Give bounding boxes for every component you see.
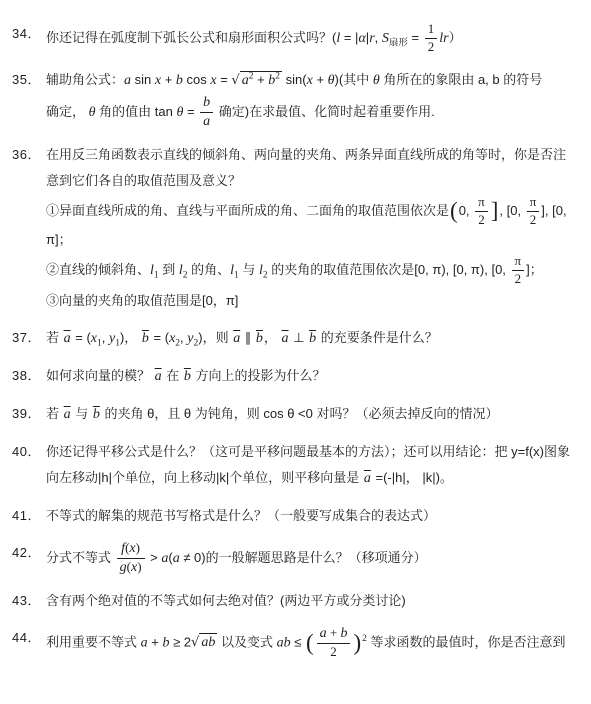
- item-body: 你还记得在弧度制下弧长公式和扇形面积公式吗？(l = |α|r, S扇形 = 1…: [46, 22, 583, 55]
- math-variable: ab: [277, 635, 291, 650]
- item-line: 辅助角公式：a sin x + b cos x = √a2 + b2 sin(x…: [46, 68, 583, 93]
- text-run: +: [148, 634, 163, 649]
- item-number: 36．: [12, 143, 46, 167]
- text-run: 角所在的象限由 a, b 的符号: [380, 72, 543, 87]
- item-line: ②直线的倾斜角、l1 到 l2 的角、l1 与 l2 的夹角的取值范围依次是[0…: [46, 254, 583, 287]
- math-variable: a: [173, 551, 180, 566]
- item-number: 42．: [12, 541, 46, 565]
- vector-variable: a: [63, 407, 72, 422]
- text-run: ): [136, 540, 140, 555]
- item-number: 37．: [12, 326, 46, 350]
- text-run: 不等式的解集的规范书写格式是什么？（一般要写成集合的表达式）: [46, 508, 436, 523]
- math-item: 36．在用反三角函数表示直线的倾斜角、两向量的夹角、两条异面直线所成的角等时，你…: [12, 143, 583, 313]
- item-number: 40．: [12, 440, 46, 464]
- text-run: π: [530, 194, 537, 209]
- text-run: 等求函数的最值时，你是否注意到: [367, 634, 566, 649]
- text-run: = (: [72, 330, 91, 345]
- item-number: 44．: [12, 626, 46, 650]
- text-run: 利用重要不等式: [46, 634, 141, 649]
- math-item: 35．辅助角公式：a sin x + b cos x = √a2 + b2 si…: [12, 68, 583, 130]
- fraction-denominator: 2: [425, 39, 438, 55]
- radicand: a2 + b2: [240, 71, 282, 87]
- item-body: 辅助角公式：a sin x + b cos x = √a2 + b2 sin(x…: [46, 68, 583, 130]
- fraction: ba: [200, 95, 213, 130]
- big-delimiter: ]: [491, 201, 499, 222]
- math-item: 37．若 a = (x1, y1)， b = (x2, y2)，则 a ∥ b，…: [12, 326, 583, 351]
- item-line: 在用反三角函数表示直线的倾斜角、两向量的夹角、两条异面直线所成的角等时，你是否注: [46, 143, 583, 167]
- item-line: 若 a = (x1, y1)， b = (x2, y2)，则 a ∥ b， a …: [46, 326, 583, 351]
- text-run: 方向上的投影为什么？: [192, 368, 326, 383]
- item-body: 如何求向量的模？ a 在 b 方向上的投影为什么？: [46, 364, 583, 389]
- fraction-denominator: 2: [317, 644, 351, 660]
- item-line: 如何求向量的模？ a 在 b 方向上的投影为什么？: [46, 364, 583, 389]
- fraction-denominator: 2: [512, 271, 525, 287]
- vector-variable: b: [92, 407, 101, 422]
- text-run: 的夹角的取值范围依次是[0, π), [0, π), [0,: [268, 262, 510, 277]
- text-run: 若: [46, 406, 63, 421]
- item-body: 若 a = (x1, y1)， b = (x2, y2)，则 a ∥ b， a …: [46, 326, 583, 351]
- math-variable: a: [242, 73, 249, 88]
- text-run: 0,: [459, 203, 473, 218]
- text-run: 分式不等式: [46, 550, 115, 565]
- big-delimiter: ): [353, 633, 361, 654]
- subscript: 扇形: [389, 38, 408, 48]
- math-variable: a: [320, 626, 327, 641]
- text-run: 你还记得平移公式是什么？（这可是平移问题最基本的方法）；还可以用结论：把 y=f…: [46, 444, 570, 459]
- math-items-list: 34．你还记得在弧度制下弧长公式和扇形面积公式吗？(l = |α|r, S扇形 …: [12, 22, 583, 660]
- superscript: 2: [275, 72, 280, 82]
- text-run: ∥: [241, 330, 255, 345]
- text-run: =: [408, 30, 423, 45]
- item-number: 39．: [12, 402, 46, 426]
- text-run: , [0,: [499, 203, 524, 218]
- text-run: = |: [340, 30, 358, 45]
- fraction-numerator: π: [475, 195, 488, 212]
- item-line: 利用重要不等式 a + b ≥ 2√ab 以及变式 ab ≤ (a + b2)2…: [46, 626, 583, 660]
- text-run: ,: [102, 330, 109, 345]
- text-run: 你还记得在弧度制下弧长公式和扇形面积公式吗？(: [46, 30, 336, 45]
- text-run: 在: [163, 368, 183, 383]
- item-number: 43．: [12, 589, 46, 613]
- math-item: 43．含有两个绝对值的不等式如何去绝对值？(两边平方或分类讨论): [12, 589, 583, 613]
- item-line: 不等式的解集的规范书写格式是什么？（一般要写成集合的表达式）: [46, 504, 583, 528]
- item-line: 你还记得在弧度制下弧长公式和扇形面积公式吗？(l = |α|r, S扇形 = 1…: [46, 22, 583, 55]
- math-variable: a: [124, 73, 131, 88]
- vector-variable: b: [255, 331, 264, 346]
- math-variable: g: [120, 560, 127, 575]
- vector-variable: b: [183, 369, 192, 384]
- math-item: 42．分式不等式 f(x)g(x) > a(a ≠ 0)的一般解题思路是什么？（…: [12, 541, 583, 576]
- text-run: 确定)在求最值、化简时起着重要作用.: [215, 104, 435, 119]
- text-run: ≥ 2: [169, 634, 191, 649]
- math-variable: α: [358, 31, 365, 46]
- text-run: 到: [159, 262, 179, 277]
- item-body: 在用反三角函数表示直线的倾斜角、两向量的夹角、两条异面直线所成的角等时，你是否注…: [46, 143, 583, 313]
- item-body: 利用重要不等式 a + b ≥ 2√ab 以及变式 ab ≤ (a + b2)2…: [46, 626, 583, 660]
- text-run: 确定，: [46, 104, 89, 119]
- text-run: >: [147, 550, 162, 565]
- item-line: 分式不等式 f(x)g(x) > a(a ≠ 0)的一般解题思路是什么？（移项通…: [46, 541, 583, 576]
- math-variable: a: [141, 635, 148, 650]
- text-run: π: [478, 194, 485, 209]
- item-line: ①异面直线所成的角、直线与平面所成的角、二面角的取值范围依次是(0, π2], …: [46, 195, 583, 252]
- big-delimiter: (: [306, 633, 314, 654]
- text-run: ): [137, 559, 141, 574]
- text-run: ①异面直线所成的角、直线与平面所成的角、二面角的取值范围依次是: [46, 203, 449, 218]
- text-run: 2: [330, 644, 337, 659]
- item-line: 意到它们各自的取值范围及意义？: [46, 169, 583, 193]
- text-run: 2: [478, 212, 485, 227]
- vector-variable: a: [232, 331, 241, 346]
- text-run: )，则: [198, 330, 232, 345]
- fraction: 12: [425, 22, 438, 55]
- text-run: 以及变式: [217, 634, 276, 649]
- square-root: √ab: [191, 630, 217, 655]
- text-run: cos: [183, 72, 210, 87]
- item-body: 你还记得平移公式是什么？（这可是平移问题最基本的方法）；还可以用结论：把 y=f…: [46, 440, 583, 491]
- item-body: 含有两个绝对值的不等式如何去绝对值？(两边平方或分类讨论): [46, 589, 583, 613]
- text-run: 2: [515, 271, 522, 286]
- item-body: 分式不等式 f(x)g(x) > a(a ≠ 0)的一般解题思路是什么？（移项通…: [46, 541, 583, 576]
- math-variable: θ: [328, 73, 335, 88]
- fraction-denominator: g(x): [117, 559, 145, 576]
- fraction: π2: [512, 254, 525, 287]
- text-run: ②直线的倾斜角、: [46, 262, 150, 277]
- document-page: 34．你还记得在弧度制下弧长公式和扇形面积公式吗？(l = |α|r, S扇形 …: [0, 0, 591, 704]
- text-run: = (: [150, 330, 169, 345]
- item-line: 你还记得平移公式是什么？（这可是平移问题最基本的方法）；还可以用结论：把 y=f…: [46, 440, 583, 464]
- text-run: 与: [72, 406, 92, 421]
- text-run: 2: [428, 39, 435, 54]
- text-run: ≠ 0)的一般解题思路是什么？（移项通分）: [180, 550, 427, 565]
- text-run: +: [327, 625, 341, 640]
- fraction-numerator: f(x): [117, 541, 145, 559]
- math-variable: b: [203, 95, 210, 110]
- vector-variable: a: [281, 331, 290, 346]
- text-run: ，: [264, 330, 281, 345]
- text-run: ③向量的夹角的取值范围是[0，π]: [46, 293, 238, 308]
- math-variable: ab: [201, 635, 215, 650]
- square-root: √a2 + b2: [231, 68, 282, 93]
- vector-variable: a: [154, 369, 163, 384]
- text-run: ⊥: [290, 330, 309, 345]
- vector-variable: b: [308, 331, 317, 346]
- text-run: 如何求向量的模？: [46, 368, 154, 383]
- math-item: 34．你还记得在弧度制下弧长公式和扇形面积公式吗？(l = |α|r, S扇形 …: [12, 22, 583, 55]
- text-run: 在用反三角函数表示直线的倾斜角、两向量的夹角、两条异面直线所成的角等时，你是否注: [46, 147, 566, 162]
- text-run: sin(: [282, 72, 307, 87]
- fraction: f(x)g(x): [117, 541, 145, 576]
- math-variable: θ: [373, 73, 380, 88]
- item-number: 35．: [12, 68, 46, 92]
- text-run: =(-|h|， |k|)。: [372, 470, 453, 485]
- item-number: 38．: [12, 364, 46, 388]
- text-run: )(其中: [335, 72, 373, 87]
- item-line: 确定， θ 角的值由 tan θ = ba 确定)在求最值、化简时起着重要作用.: [46, 95, 583, 130]
- item-line: 含有两个绝对值的不等式如何去绝对值？(两边平方或分类讨论): [46, 589, 583, 613]
- text-run: 的角、: [188, 262, 231, 277]
- text-run: ]；: [526, 262, 543, 277]
- text-run: 1: [428, 21, 435, 36]
- fraction: π2: [527, 195, 540, 228]
- text-run: +: [253, 72, 268, 87]
- math-item: 39．若 a 与 b 的夹角 θ，且 θ 为钝角，则 cos θ <0 对吗？（…: [12, 402, 583, 427]
- text-run: 含有两个绝对值的不等式如何去绝对值？(两边平方或分类讨论): [46, 593, 406, 608]
- math-item: 40．你还记得平移公式是什么？（这可是平移问题最基本的方法）；还可以用结论：把 …: [12, 440, 583, 491]
- math-item: 41．不等式的解集的规范书写格式是什么？（一般要写成集合的表达式）: [12, 504, 583, 528]
- item-body: 若 a 与 b 的夹角 θ，且 θ 为钝角，则 cos θ <0 对吗？（必须去…: [46, 402, 583, 427]
- fraction-numerator: 1: [425, 22, 438, 39]
- text-run: =: [217, 72, 232, 87]
- math-variable: S: [382, 31, 389, 46]
- fraction-denominator: 2: [527, 212, 540, 228]
- text-run: =: [183, 104, 198, 119]
- vector-variable: b: [141, 331, 150, 346]
- item-line: ③向量的夹角的取值范围是[0，π]: [46, 289, 583, 313]
- fraction-numerator: b: [200, 95, 213, 113]
- math-variable: lr: [439, 31, 448, 46]
- text-run: sin: [131, 72, 155, 87]
- math-variable: a: [203, 114, 210, 129]
- fraction: a + b2: [317, 626, 351, 660]
- radicand: ab: [199, 633, 217, 649]
- fraction-denominator: a: [200, 113, 213, 130]
- text-run: 意到它们各自的取值范围及意义？: [46, 173, 241, 188]
- item-number: 34．: [12, 22, 46, 46]
- radical-sign: √: [231, 73, 239, 88]
- text-run: π: [515, 253, 522, 268]
- math-variable: b: [340, 626, 347, 641]
- text-run: ）: [449, 30, 462, 45]
- fraction-denominator: 2: [475, 212, 488, 228]
- fraction: π2: [475, 195, 488, 228]
- text-run: 与: [239, 262, 259, 277]
- big-delimiter: (: [450, 201, 458, 222]
- item-number: 41．: [12, 504, 46, 528]
- text-run: +: [313, 72, 328, 87]
- text-run: 辅助角公式：: [46, 72, 124, 87]
- item-line: 向左移动|h|个单位，向上移动|k|个单位，则平移向量是 a =(-|h|， |…: [46, 466, 583, 491]
- vector-variable: a: [63, 331, 72, 346]
- math-item: 38．如何求向量的模？ a 在 b 方向上的投影为什么？: [12, 364, 583, 389]
- text-run: ≤: [291, 634, 305, 649]
- text-run: 2: [530, 212, 537, 227]
- fraction-numerator: π: [527, 195, 540, 212]
- text-run: 若: [46, 330, 63, 345]
- vector-variable: a: [363, 471, 372, 486]
- text-run: )，: [120, 330, 141, 345]
- text-run: 的夹角 θ，且 θ 为钝角，则 cos θ <0 对吗？（必须去掉反向的情况）: [101, 406, 499, 421]
- fraction-numerator: π: [512, 254, 525, 271]
- item-body: 不等式的解集的规范书写格式是什么？（一般要写成集合的表达式）: [46, 504, 583, 528]
- fraction-numerator: a + b: [317, 626, 351, 644]
- math-variable: b: [176, 73, 183, 88]
- math-item: 44．利用重要不等式 a + b ≥ 2√ab 以及变式 ab ≤ (a + b…: [12, 626, 583, 660]
- item-line: 若 a 与 b 的夹角 θ，且 θ 为钝角，则 cos θ <0 对吗？（必须去…: [46, 402, 583, 427]
- math-variable: θ: [89, 105, 96, 120]
- text-run: 向左移动|h|个单位，向上移动|k|个单位，则平移向量是: [46, 470, 363, 485]
- text-run: +: [161, 72, 176, 87]
- text-run: 角的值由 tan: [96, 104, 177, 119]
- text-run: 的充要条件是什么？: [317, 330, 438, 345]
- text-run: ,: [375, 30, 382, 45]
